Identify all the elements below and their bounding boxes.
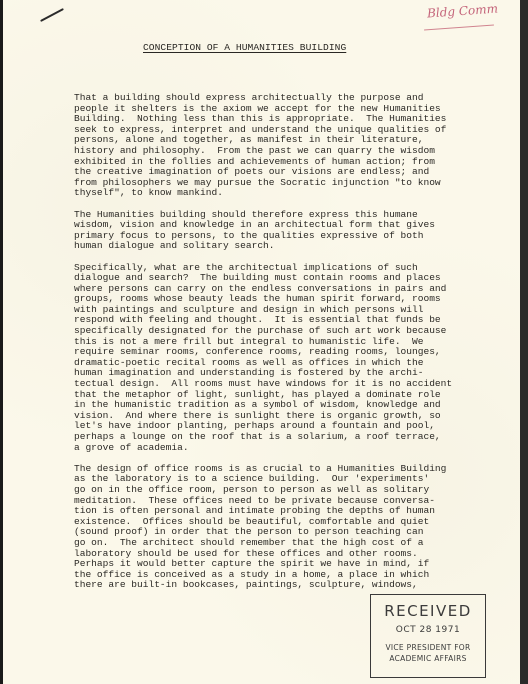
stamp-office-line-1: VICE PRESIDENT FOR [371,642,485,653]
text-line: perhaps a lounge on the roof that is a s… [74,432,522,443]
handwritten-annotation: Bldg Comm [427,2,499,21]
text-line: go on. The architect should remember tha… [74,538,522,549]
paragraph: That a building should express architect… [74,93,522,199]
paragraph: Specifically, what are the architectual … [74,263,522,454]
document-body: That a building should express architect… [74,93,522,602]
paragraph: The Humanities building should therefore… [74,210,522,252]
paragraph: The design of office rooms is as crucial… [74,464,522,591]
stamp-office: VICE PRESIDENT FOR ACADEMIC AFFAIRS [371,642,485,664]
text-line: That a building should express architect… [74,93,522,104]
text-line: there are built-in bookcases, paintings,… [74,580,522,591]
scan-edge [520,0,528,684]
stamp-office-line-2: ACADEMIC AFFAIRS [371,653,485,664]
text-line: human dialogue and solitary search. [74,241,522,252]
document-title: CONCEPTION OF A HUMANITIES BUILDING [143,42,346,53]
document-page: Bldg Comm CONCEPTION OF A HUMANITIES BUI… [3,0,520,684]
text-line: go on in the office room, person to pers… [74,485,522,496]
stamp-date: OCT 28 1971 [371,625,485,636]
stamp-title: RECEIVED [371,603,485,620]
text-line: history and philosophy. From the past we… [74,146,522,157]
text-line: a grove of academia. [74,443,522,454]
annotation-underline [424,25,494,31]
pen-check-mark [40,8,64,22]
text-line: thyself", to know mankind. [74,188,522,199]
received-stamp: RECEIVED OCT 28 1971 VICE PRESIDENT FOR … [370,594,486,678]
